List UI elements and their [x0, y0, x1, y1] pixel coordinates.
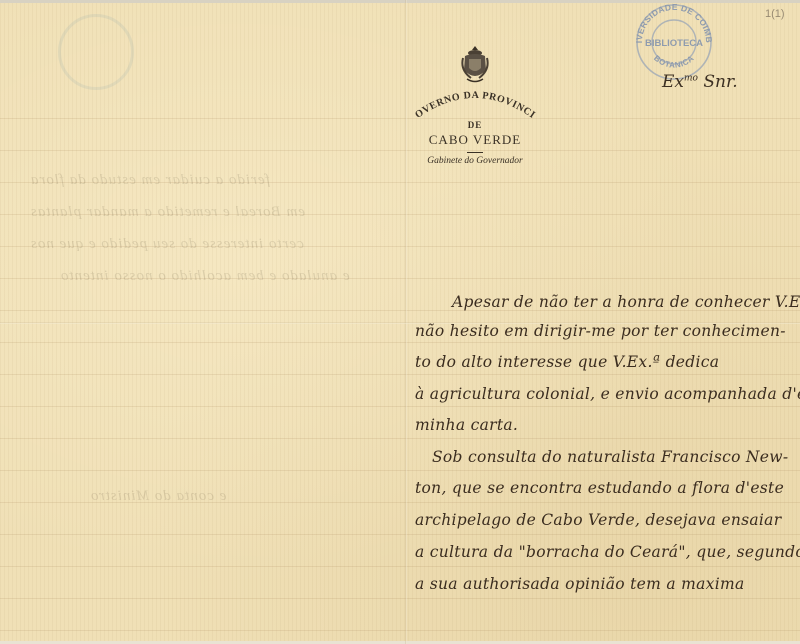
- letterhead-office: Gabinete do Governador: [400, 156, 550, 166]
- ruled-line: [0, 566, 800, 567]
- ruled-line: [0, 342, 800, 343]
- svg-text:BOTANICA: BOTANICA: [652, 54, 696, 70]
- ruled-line: [0, 598, 800, 599]
- letterhead-province: CABO VERDE: [400, 132, 550, 148]
- svg-text:BIBLIOTECA: BIBLIOTECA: [645, 38, 703, 49]
- bleed-through-line: e conta do Ministro: [90, 488, 226, 505]
- folio-number: 1(1): [765, 8, 785, 20]
- body-line: archipelago de Cabo Verde, desejava ensa…: [415, 511, 781, 529]
- letterhead-divider: [467, 152, 483, 153]
- faded-stamp-mark: [58, 14, 134, 90]
- body-line: to do alto interesse que V.Ex.ª dedica: [415, 353, 719, 371]
- bleed-through-line: ferido a cuidar em estudo da flora: [30, 172, 270, 189]
- ruled-line: [0, 534, 800, 535]
- body-line: à agricultura colonial, e envio acompanh…: [415, 385, 800, 403]
- letterhead-arc-title: GOVERNO DA PROVINCIA: [400, 82, 550, 122]
- body-line: Sob consulta do naturalista Francisco Ne…: [432, 448, 788, 466]
- bleed-through-line: certo interesse do seu pedido e que nos: [30, 236, 304, 253]
- body-line: ton, que se encontra estudando a flora d…: [415, 479, 784, 497]
- bleed-through-line: em Boreal e remetido a mandar plantas: [30, 204, 305, 221]
- ruled-line: [0, 374, 800, 375]
- royal-coat-of-arms-icon: [459, 44, 491, 84]
- body-line: a cultura da "borracha do Ceará", que, s…: [415, 543, 800, 561]
- letter-page: ferido a cuidar em estudo da flora em Bo…: [0, 0, 800, 644]
- salutation-sup: mo: [684, 73, 698, 83]
- ruled-line: [0, 470, 800, 471]
- svg-text:GOVERNO DA PROVINCIA: GOVERNO DA PROVINCIA: [400, 82, 537, 121]
- body-line: não hesito em dirigir-me por ter conheci…: [415, 322, 786, 340]
- body-line: minha carta.: [415, 416, 518, 434]
- ruled-line: [0, 630, 800, 631]
- library-stamp-icon: UNIVERSIDADE DE COIMBRA BIBLIOTECA BOTAN…: [624, 2, 724, 82]
- ruled-line: [0, 438, 800, 439]
- salutation: Exmo Snr.: [662, 72, 738, 92]
- letterhead: GOVERNO DA PROVINCIA DE CABO VERDE Gabin…: [400, 44, 550, 166]
- ruled-line: [0, 406, 800, 407]
- bleed-through-line: e anulado e bem acolhido o nosso intento: [60, 268, 350, 285]
- salutation-rest: Snr.: [703, 72, 737, 92]
- body-line: a sua authorisada opinião tem a maxima: [415, 575, 745, 593]
- salutation-main: Ex: [662, 72, 684, 92]
- letterhead-de: DE: [400, 120, 550, 130]
- body-line: Apesar de não ter a honra de conhecer V.…: [452, 293, 800, 311]
